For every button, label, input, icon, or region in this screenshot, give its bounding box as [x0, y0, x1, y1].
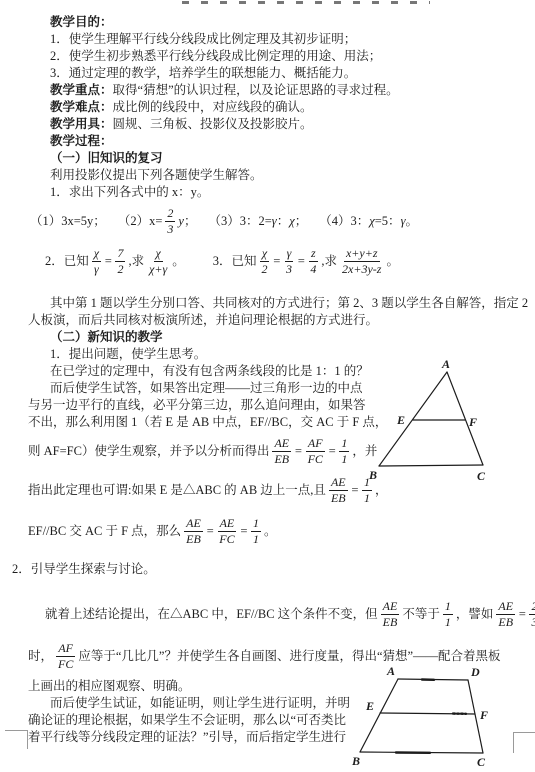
fraction: AEEB — [496, 599, 515, 630]
goal-1-text: 1．使学生理解平行线分线段成比例定理及其初步证明； — [50, 31, 356, 48]
try-line-3: 着平行线等分线段定理的证法？”引导，而后指定学生进行 — [28, 729, 346, 746]
eq6-mid1: 不等于 — [402, 606, 440, 623]
heading-process: 教学过程： — [50, 133, 113, 150]
fraction-numerator: x+y+z — [344, 246, 380, 262]
fraction: AFFC — [56, 641, 75, 672]
think-question-text: 在已学过的定理中，有没有包含两条线段的比是 1：1 的？ — [50, 363, 369, 380]
equals-sign: = — [518, 606, 526, 623]
trapezoid-figure: A D E F B C — [338, 660, 508, 770]
section2-title-text: （二）新知识的教学 — [50, 329, 163, 346]
think-question: 在已学过的定理中，有没有包含两条线段的比是 1：1 的？ — [50, 363, 369, 380]
fraction-numerator: 1 — [443, 599, 453, 615]
answer-3-text: 不出，那么利用图 1（若 E 是 AB 中点，EF//BC，交 AC 于 F 点… — [28, 414, 387, 431]
fraction-numerator: AE — [496, 599, 515, 615]
heading-difficulty: 教学难点： 成比例的线段中，对应线段的确认。 — [50, 99, 313, 116]
fraction-numerator: χ — [154, 246, 163, 262]
goal-item-2: 2．使学生初步熟悉平行线分线段成比例定理的用途、用法； — [50, 48, 381, 65]
equals-sign: = — [297, 253, 305, 270]
eq1-item3-end: ； — [295, 213, 308, 230]
eq1-item4-mid: =5： — [375, 213, 401, 230]
eq1-item3-lead: （3）3：2= — [208, 213, 271, 230]
guess-line: 上画出的相应图观察、明确。 — [28, 678, 191, 695]
triangle-side-ac — [447, 372, 483, 465]
vertex-label-b: B — [351, 754, 360, 768]
fraction: AEEB — [329, 475, 348, 506]
fraction-denominator: 3 — [284, 262, 294, 277]
goals-title-text: 教学目的： — [50, 14, 113, 31]
fraction-denominator: EB — [184, 532, 203, 547]
fraction-denominator: EB — [272, 452, 291, 467]
cutoff-title-fragment — [182, 1, 430, 4]
fraction: 72 — [115, 246, 125, 277]
eq2-mid: ,求 — [128, 253, 144, 270]
eq1-item2-lead: （2）x= — [118, 213, 163, 230]
eq2-end: 。 — [172, 253, 185, 270]
fraction: 11 — [443, 599, 453, 630]
exercise1-lead-text: 1．求出下列各式中的 x：y。 — [50, 184, 209, 201]
fraction-denominator: χ+γ — [147, 262, 169, 277]
fraction: AEEB — [381, 599, 400, 630]
equation-line-5: EF//BC 交 AC 于 F 点，那么 AEEB = AEFC = 11 。 — [28, 516, 277, 547]
fraction-numerator: γ — [285, 246, 294, 262]
fraction-denominator: 1 — [362, 491, 372, 506]
eq6-lead: 就着上述结论提出，在△ABC 中，EF//BC 这个条件不变，但 — [45, 606, 378, 623]
fraction-denominator: 3 — [529, 615, 535, 630]
step2-lead-text: 2．引导学生探索与讨论。 — [12, 561, 156, 578]
page-margin-mark-bottom-left — [5, 730, 28, 749]
fraction-denominator: FC — [217, 532, 236, 547]
equals-sign: = — [240, 523, 248, 540]
page-margin-mark-bottom-right — [513, 732, 535, 753]
eq6-mid2: ，譬如 — [456, 606, 494, 623]
heading-goals: 教学目的： — [50, 14, 113, 31]
fraction-numerator: 1 — [339, 436, 349, 452]
equation-line-2: 2．已知 χγ = 72 ,求 χχ+γ 。 3．已知 χ2 = γ3 = z4… — [45, 246, 399, 277]
goal-2-text: 2．使学生初步熟悉平行线分线段成比例定理的用途、用法； — [50, 48, 381, 65]
vertex-label-f: F — [479, 708, 488, 722]
fraction: χγ — [92, 246, 101, 277]
process-label: 教学过程： — [50, 133, 113, 150]
step2-lead: 2．引导学生探索与讨论。 — [12, 561, 156, 578]
tools-label: 教学用具： — [50, 116, 113, 133]
fraction: AEEB — [184, 516, 203, 547]
goal-item-3: 3．通过定理的教学，培养学生的联想能力、概括能力。 — [50, 65, 356, 82]
fraction-numerator: z — [309, 246, 318, 262]
fraction-numerator: AE — [218, 516, 237, 532]
try-2-text: 确论证的理论根据，如果学生不会证明，那么以“可否类比 — [28, 712, 346, 729]
lesson-plan-document: 教学目的： 1．使学生理解平行线分线段成比例定理及其初步证明； 2．使学生初步熟… — [0, 0, 535, 772]
difficulty-label: 教学难点： — [50, 99, 113, 116]
step1-lead-text: 1．提出问题，使学生思考。 — [50, 346, 206, 363]
para-check-line-2: 人板演，而后共同核对板演所述，并追问理论根据的方式进行。 — [28, 312, 378, 329]
para-check-1-text: 其中第 1 题以学生分别口答、共同核对的方式进行；第 2、3 题以学生各自解答，… — [50, 295, 528, 312]
fraction-denominator: 2 — [260, 262, 270, 277]
try-1-text: 而后使学生试证，如能证明，则让学生进行证明，并明 — [50, 695, 350, 712]
fraction-numerator: 2 — [165, 206, 175, 222]
goal-item-1: 1．使学生理解平行线分线段成比例定理及其初步证明； — [50, 31, 356, 48]
fraction-numerator: AE — [184, 516, 203, 532]
trapezoid-side-ab — [360, 679, 398, 752]
fraction: 23 — [529, 599, 535, 630]
section1-title: （一）旧知识的复习 — [50, 150, 163, 167]
vertex-label-e: E — [396, 413, 405, 427]
eq2-mid2: ,求 — [321, 253, 337, 270]
equals-sign: = — [104, 253, 112, 270]
fraction-numerator: AE — [329, 475, 348, 491]
triangle-side-bc — [379, 465, 483, 466]
answer-line-3: 不出，那么利用图 1（若 E 是 AB 中点，EF//BC，交 AC 于 F 点… — [28, 414, 387, 431]
eq7-lead: 时， — [28, 648, 53, 665]
fraction-numerator: χ — [260, 246, 269, 262]
eq2-end2: 。 — [386, 253, 399, 270]
fraction: 23 — [165, 206, 175, 237]
section2-title: （二）新知识的教学 — [50, 329, 163, 346]
equation-line-4: 指出此定理也可谓:如果 E 是△ABC 的 AB 边上一点,且 AEEB = 1… — [28, 475, 388, 506]
equation-line-6: 就着上述结论提出，在△ABC 中，EF//BC 这个条件不变，但 AEEB 不等… — [45, 599, 535, 630]
fraction: χ2 — [260, 246, 270, 277]
vertex-label-f: F — [468, 415, 477, 429]
fraction-numerator: χ — [92, 246, 101, 262]
fraction-denominator: FC — [56, 657, 75, 672]
equals-sign: = — [273, 253, 281, 270]
fraction-denominator: 1 — [251, 532, 261, 547]
section1-intro: 利用投影仪提出下列各题使学生解答。 — [50, 167, 263, 184]
eq2-lead2: 3．已知 — [213, 253, 257, 270]
section1-intro-text: 利用投影仪提出下列各题使学生解答。 — [50, 167, 263, 184]
fraction-denominator: 4 — [308, 262, 318, 277]
equation-line-1: （1）3x=5y； （2）x= 23 y ； （3）3：2= γ ： χ ； （… — [30, 206, 418, 237]
para-check-line-1: 其中第 1 题以学生分别口答、共同核对的方式进行；第 2、3 题以学生各自解答，… — [50, 295, 528, 312]
fraction-denominator: 1 — [339, 452, 349, 467]
vertex-label-d: D — [470, 665, 480, 679]
tools-text: 圆规、三角板、投影仪及投影胶片。 — [113, 116, 313, 133]
goal-3-text: 3．通过定理的教学，培养学生的联想能力、概括能力。 — [50, 65, 356, 82]
fraction: 11 — [339, 436, 349, 467]
fraction-numerator: 1 — [251, 516, 261, 532]
fraction-denominator: 3 — [165, 222, 175, 237]
fraction-denominator: EB — [329, 491, 348, 506]
eq5-lead: EF//BC 交 AC 于 F 点，那么 — [28, 523, 181, 540]
fraction-denominator: 2x+3y-z — [340, 262, 383, 277]
answer-2-text: 与另一边平行的直线，必平分第三边，那么追问理由，如果答 — [28, 397, 366, 414]
vertex-label-e: E — [365, 699, 374, 713]
eq4-lead: 指出此定理也可谓:如果 E 是△ABC 的 AB 边上一点,且 — [28, 482, 326, 499]
fraction: γ3 — [284, 246, 294, 277]
fraction-numerator: AF — [306, 436, 325, 452]
fraction-numerator: 2 — [529, 599, 535, 615]
answer-1-text: 而后使学生试答，如果答出定理——过三角形一边的中点 — [50, 380, 363, 397]
answer-line-2: 与另一边平行的直线，必平分第三边，那么追问理由，如果答 — [28, 397, 366, 414]
fraction: AEEB — [272, 436, 291, 467]
try-line-2: 确论证的理论根据，如果学生不会证明，那么以“可否类比 — [28, 712, 346, 729]
exercise1-lead: 1．求出下列各式中的 x：y。 — [50, 184, 209, 201]
eq5-tail: 。 — [264, 523, 277, 540]
eq1-item4-lead: （4）3： — [319, 213, 369, 230]
fraction: AFFC — [306, 436, 325, 467]
step1-lead: 1．提出问题，使学生思考。 — [50, 346, 206, 363]
fraction-denominator: EB — [381, 615, 400, 630]
fraction: AEFC — [217, 516, 236, 547]
eq1-item2-end: ； — [184, 213, 197, 230]
section1-title-text: （一）旧知识的复习 — [50, 150, 163, 167]
fraction: 11 — [251, 516, 261, 547]
fraction-numerator: AE — [272, 436, 291, 452]
eq2-lead: 2．已知 — [45, 253, 89, 270]
equation-line-3: 则 AF=FC）使学生观察，并予以分析而得出 AEEB = AFFC = 11 … — [28, 436, 377, 467]
fraction-numerator: AE — [381, 599, 400, 615]
heading-tools: 教学用具： 圆规、三角板、投影仪及投影胶片。 — [50, 116, 313, 133]
focus-text: 取得“猜想”的认识过程，以及论证思路的寻求过程。 — [113, 82, 399, 99]
eq3-lead: 则 AF=FC）使学生观察，并予以分析而得出 — [28, 443, 269, 460]
fraction-denominator: EB — [496, 615, 515, 630]
vertex-label-b: B — [368, 468, 377, 482]
try-line-1: 而后使学生试证，如能证明，则让学生进行证明，并明 — [50, 695, 350, 712]
vertex-label-c: C — [477, 755, 486, 769]
eq1-item1: （1）3x=5y； — [30, 213, 106, 230]
fraction-numerator: AF — [56, 641, 75, 657]
fraction-denominator: FC — [306, 452, 325, 467]
vertex-label-a: A — [441, 357, 450, 371]
fraction-denominator: γ — [92, 262, 101, 277]
answer-line-1: 而后使学生试答，如果答出定理——过三角形一边的中点 — [50, 380, 363, 397]
vertex-label-a: A — [386, 664, 395, 678]
triangle-side-ab — [379, 372, 447, 466]
eq1-item3-colon: ： — [277, 213, 290, 230]
fraction: x+y+z2x+3y-z — [340, 246, 383, 277]
equals-sign: = — [294, 443, 302, 460]
para-check-2-text: 人板演，而后共同核对板演所述，并追问理论根据的方式进行。 — [28, 312, 378, 329]
equals-sign: = — [328, 443, 336, 460]
heading-focus: 教学重点： 取得“猜想”的认识过程，以及论证思路的寻求过程。 — [50, 82, 399, 99]
vertex-label-c: C — [477, 469, 486, 483]
fraction: z4 — [308, 246, 318, 277]
focus-label: 教学重点： — [50, 82, 113, 99]
eq1-item4-end: 。 — [406, 213, 419, 230]
fraction-denominator: 1 — [443, 615, 453, 630]
fraction-denominator: 2 — [115, 262, 125, 277]
equals-sign: = — [206, 523, 214, 540]
equals-sign: = — [351, 482, 359, 499]
triangle-figure: A E F B C — [368, 356, 503, 488]
fraction: χχ+γ — [147, 246, 169, 277]
guess-line-text: 上画出的相应图观察、明确。 — [28, 678, 191, 695]
difficulty-text: 成比例的线段中，对应线段的确认。 — [113, 99, 313, 116]
fraction-numerator: 7 — [115, 246, 125, 262]
try-3-text: 着平行线等分线段定理的证法？”引导，而后指定学生进行 — [28, 729, 346, 746]
